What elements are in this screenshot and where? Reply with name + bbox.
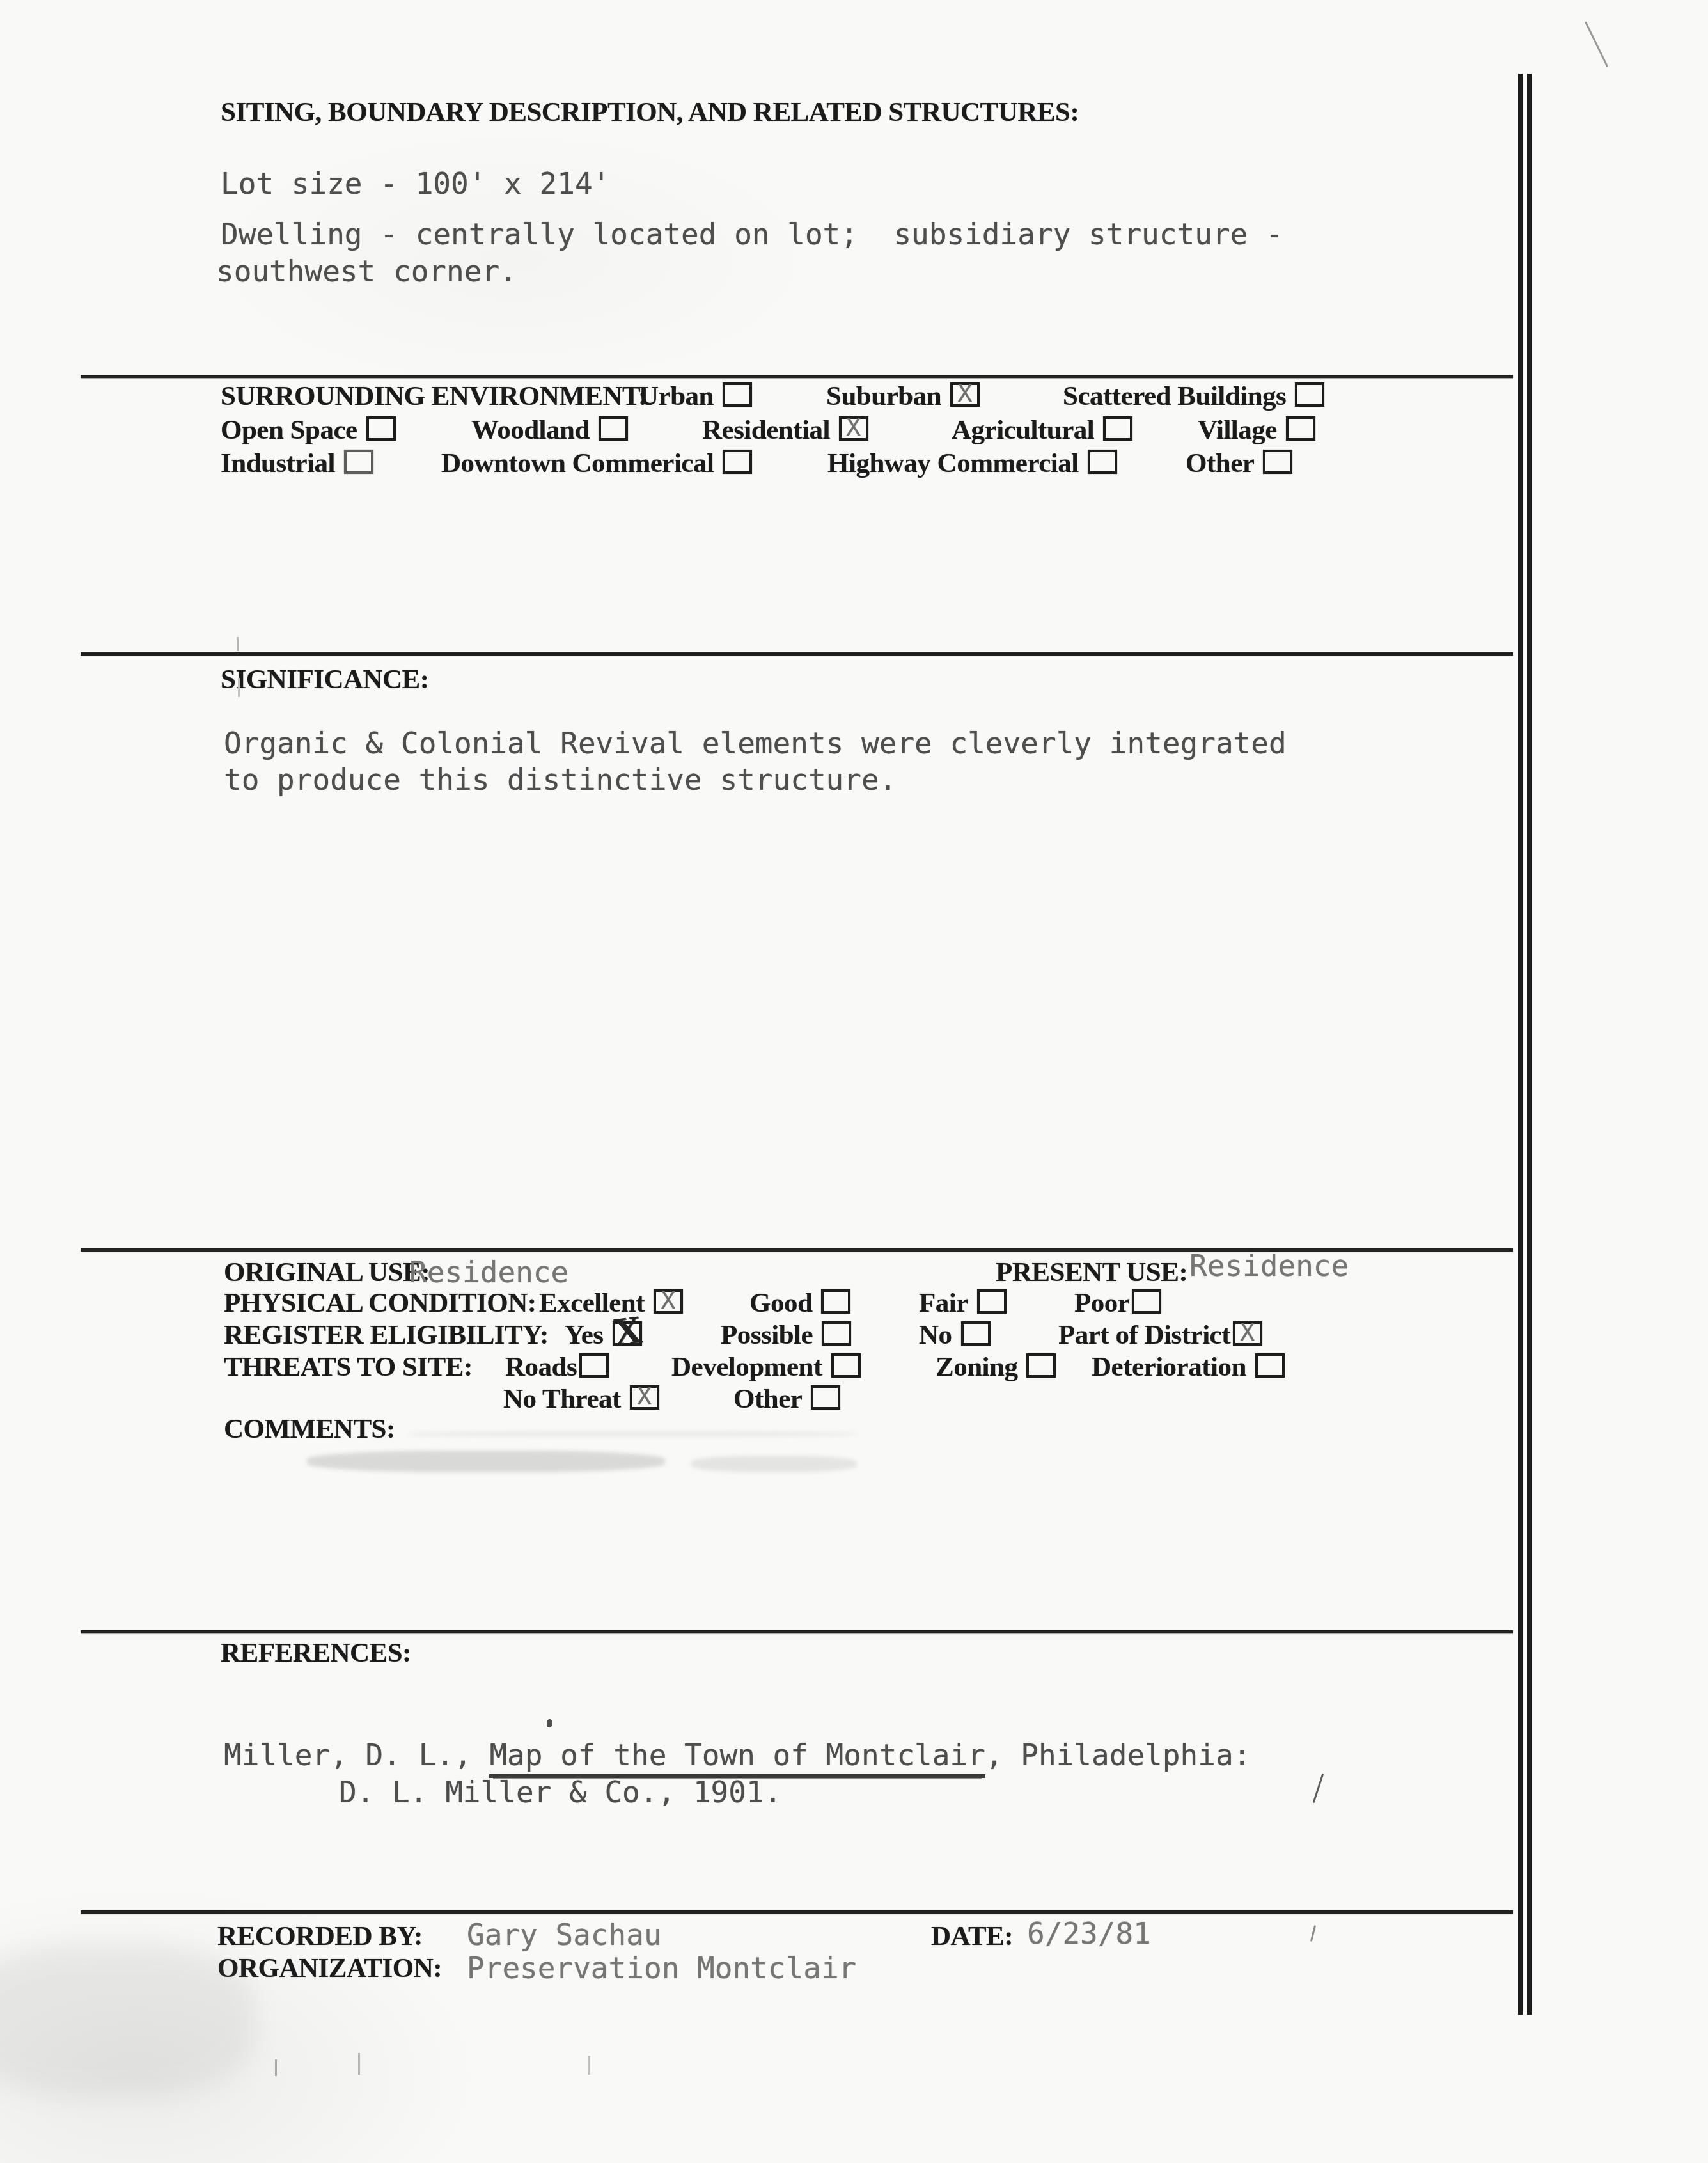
threat-option-zoning: Zoning bbox=[936, 1353, 1056, 1381]
threat-option-no-threat-mark: X bbox=[637, 1384, 651, 1408]
reference-citation-line-2: D. L. Miller & Co., 1901. bbox=[339, 1777, 781, 1807]
original-use-value: Residence bbox=[409, 1257, 568, 1287]
physical-condition-label: PHYSICAL CONDITION: bbox=[224, 1289, 537, 1317]
threat-option-development-label: Development bbox=[671, 1352, 822, 1382]
env-option-highway-commercial: Highway Commercial bbox=[827, 450, 1117, 477]
env-option-village-label: Village bbox=[1198, 415, 1277, 445]
section-divider-2 bbox=[81, 652, 1513, 656]
comments-label: COMMENTS: bbox=[224, 1415, 395, 1443]
environment-row-3: Industrial Downtown Commerical Highway C… bbox=[0, 450, 1637, 487]
env-option-downtown-commercial-checkbox bbox=[723, 450, 752, 474]
threat-option-development: Development bbox=[671, 1353, 861, 1381]
scan-artifact-bottom-dash-1 bbox=[275, 2059, 277, 2076]
env-option-industrial-checkbox bbox=[344, 450, 373, 474]
env-option-scattered-buildings-label: Scattered Buildings bbox=[1063, 381, 1286, 411]
condition-option-fair-checkbox bbox=[977, 1289, 1007, 1314]
reference-citation-author: Miller, D. L., bbox=[224, 1738, 489, 1772]
environment-section-title: SURROUNDING ENVIRONMENT: bbox=[221, 382, 647, 410]
condition-option-poor-checkbox bbox=[1132, 1289, 1161, 1314]
scan-artifact-comments-smudge-1 bbox=[307, 1451, 665, 1472]
env-option-highway-commercial-checkbox bbox=[1088, 450, 1117, 474]
scan-artifact-top-right-stroke bbox=[1585, 21, 1608, 67]
page-edge-line-inner bbox=[1527, 74, 1532, 2015]
env-option-suburban-label: Suburban bbox=[826, 381, 941, 411]
env-option-open-space-checkbox bbox=[366, 416, 396, 441]
organization-label: ORGANIZATION: bbox=[217, 1955, 442, 1982]
threat-option-other: Other bbox=[733, 1385, 840, 1413]
threat-option-other-label: Other bbox=[733, 1384, 802, 1414]
scanned-survey-form-page: SITING, BOUNDARY DESCRIPTION, AND RELATE… bbox=[0, 0, 1708, 2163]
scan-artifact-comments-dotted-line bbox=[409, 1431, 857, 1436]
env-option-agricultural: Agricultural bbox=[952, 416, 1132, 444]
section-divider-4 bbox=[81, 1630, 1513, 1633]
register-eligibility-label: REGISTER ELIGIBILITY: bbox=[224, 1321, 549, 1349]
eligibility-option-yes-checkbox: X bbox=[613, 1321, 642, 1346]
condition-option-fair: Fair bbox=[919, 1289, 1007, 1317]
env-option-suburban-checkbox: X bbox=[950, 382, 980, 407]
scan-artifact-reference-backslash bbox=[1313, 1774, 1324, 1804]
reference-citation-line-1: Miller, D. L., Map of the Town of Montcl… bbox=[224, 1740, 1251, 1770]
threat-option-zoning-checkbox bbox=[1026, 1353, 1056, 1378]
env-option-agricultural-label: Agricultural bbox=[952, 415, 1094, 445]
condition-option-poor-label: Poor bbox=[1074, 1288, 1129, 1318]
env-option-other-checkbox bbox=[1263, 450, 1292, 474]
env-option-village: Village bbox=[1198, 416, 1315, 444]
env-option-downtown-commercial: Downtown Commerical bbox=[441, 450, 752, 477]
threat-option-no-threat-checkbox: X bbox=[630, 1385, 659, 1410]
threat-option-deterioration: Deterioration bbox=[1092, 1353, 1285, 1381]
env-option-residential-label: Residential bbox=[702, 415, 830, 445]
threat-option-zoning-label: Zoning bbox=[936, 1352, 1017, 1382]
threat-option-no-threat-label: No Threat bbox=[503, 1384, 621, 1414]
reference-citation-place: , Philadelphia: bbox=[985, 1738, 1251, 1772]
threat-option-roads-checkbox bbox=[579, 1353, 609, 1378]
significance-text-line-1: Organic & Colonial Revival elements were… bbox=[224, 728, 1287, 758]
env-option-residential-mark: X bbox=[846, 415, 860, 439]
condition-option-good-checkbox bbox=[821, 1289, 850, 1314]
eligibility-option-possible: Possible bbox=[721, 1321, 851, 1349]
env-option-other: Other bbox=[1186, 450, 1292, 477]
scan-artifact-comments-smudge-2 bbox=[691, 1456, 857, 1472]
env-option-scattered-buildings-checkbox bbox=[1295, 382, 1324, 407]
condition-option-good: Good bbox=[749, 1289, 850, 1317]
present-use-value: Residence bbox=[1189, 1251, 1349, 1280]
env-option-highway-commercial-label: Highway Commercial bbox=[827, 448, 1079, 478]
env-option-industrial-label: Industrial bbox=[221, 448, 335, 478]
threat-option-deterioration-label: Deterioration bbox=[1092, 1352, 1246, 1382]
eligibility-option-yes-mark: X bbox=[611, 1310, 644, 1353]
scan-artifact-date-tick bbox=[1310, 1925, 1316, 1942]
scan-artifact-bottom-dash-2 bbox=[358, 2053, 360, 2075]
environment-section-title-text: SURROUNDING ENVIRONMENT: bbox=[221, 381, 647, 411]
env-option-residential: ResidentialX bbox=[702, 416, 868, 444]
eligibility-option-yes-label: Yes bbox=[565, 1320, 604, 1350]
date-value: 6/23/81 bbox=[1027, 1919, 1151, 1948]
env-option-other-label: Other bbox=[1186, 448, 1254, 478]
condition-option-excellent-mark: X bbox=[661, 1288, 675, 1312]
significance-section-title: SIGNIFICANCE: bbox=[221, 666, 429, 693]
env-option-open-space: Open Space bbox=[221, 416, 396, 444]
threat-option-development-checkbox bbox=[831, 1353, 861, 1378]
condition-option-excellent-checkbox: X bbox=[654, 1289, 683, 1314]
condition-option-fair-label: Fair bbox=[919, 1288, 968, 1318]
threat-option-roads-label: Roads bbox=[505, 1352, 577, 1382]
page-edge-line-outer bbox=[1518, 74, 1523, 2015]
eligibility-option-yes: YesX bbox=[565, 1321, 642, 1349]
environment-row-1: SURROUNDING ENVIRONMENT: Urban SuburbanX… bbox=[0, 382, 1637, 420]
env-option-woodland-checkbox bbox=[599, 416, 628, 441]
eligibility-option-possible-label: Possible bbox=[721, 1320, 813, 1350]
date-label: DATE: bbox=[931, 1923, 1013, 1950]
scan-artifact-reference-dot bbox=[547, 1719, 552, 1727]
siting-section-title: SITING, BOUNDARY DESCRIPTION, AND RELATE… bbox=[221, 98, 1079, 126]
section-divider-1 bbox=[81, 375, 1513, 378]
eligibility-option-part-of-district-label: Part of District bbox=[1058, 1320, 1230, 1350]
env-option-woodland-label: Woodland bbox=[471, 415, 590, 445]
scan-artifact-bottom-dash-3 bbox=[588, 2056, 590, 2075]
eligibility-option-no: No bbox=[919, 1321, 991, 1349]
section-divider-5 bbox=[81, 1910, 1513, 1914]
significance-text-line-2: to produce this distinctive structure. bbox=[224, 765, 897, 794]
siting-dwelling-text: Dwelling - centrally located on lot; sub… bbox=[221, 219, 1283, 249]
siting-lot-size-text: Lot size - 100' x 214' bbox=[221, 169, 610, 198]
eligibility-option-no-checkbox bbox=[961, 1321, 991, 1346]
eligibility-option-part-of-district: Part of DistrictX bbox=[1058, 1321, 1262, 1349]
env-option-agricultural-checkbox bbox=[1103, 416, 1132, 441]
eligibility-option-part-of-district-mark: X bbox=[1240, 1320, 1254, 1344]
original-use-label: ORIGINAL USE: bbox=[224, 1259, 430, 1286]
env-option-suburban-mark: X bbox=[957, 381, 971, 405]
eligibility-option-no-label: No bbox=[919, 1320, 952, 1350]
env-option-industrial: Industrial bbox=[221, 450, 373, 477]
present-use-label: PRESENT USE: bbox=[996, 1259, 1187, 1286]
references-section-title: REFERENCES: bbox=[221, 1639, 411, 1667]
threat-option-no-threat: No ThreatX bbox=[503, 1385, 659, 1413]
env-option-scattered-buildings: Scattered Buildings bbox=[1063, 382, 1324, 410]
threats-label: THREATS TO SITE: bbox=[224, 1353, 473, 1381]
condition-option-poor: Poor bbox=[1074, 1289, 1161, 1317]
recorded-by-label: RECORDED BY: bbox=[217, 1923, 423, 1950]
threat-option-deterioration-checkbox bbox=[1255, 1353, 1285, 1378]
eligibility-option-part-of-district-checkbox: X bbox=[1233, 1321, 1262, 1346]
env-option-open-space-label: Open Space bbox=[221, 415, 357, 445]
scan-artifact-margin-dash-1 bbox=[237, 637, 239, 651]
env-option-residential-checkbox: X bbox=[839, 416, 868, 441]
env-option-urban-label: Urban bbox=[639, 381, 714, 411]
env-option-village-checkbox bbox=[1286, 416, 1315, 441]
siting-dwelling-text-2: southwest corner. bbox=[216, 256, 517, 286]
env-option-urban: Urban bbox=[639, 382, 752, 410]
condition-option-good-label: Good bbox=[749, 1288, 812, 1318]
threat-option-roads: Roads bbox=[505, 1353, 609, 1381]
reference-citation-title: Map of the Town of Montclair bbox=[489, 1738, 985, 1778]
threat-option-other-checkbox bbox=[811, 1385, 840, 1410]
eligibility-option-possible-checkbox bbox=[822, 1321, 851, 1346]
env-option-woodland: Woodland bbox=[471, 416, 628, 444]
env-option-downtown-commercial-label: Downtown Commerical bbox=[441, 448, 714, 478]
recorded-by-value: Gary Sachau bbox=[467, 1920, 662, 1949]
organization-value: Preservation Montclair bbox=[467, 1953, 856, 1983]
env-option-urban-checkbox bbox=[723, 382, 752, 407]
env-option-suburban: SuburbanX bbox=[826, 382, 980, 410]
